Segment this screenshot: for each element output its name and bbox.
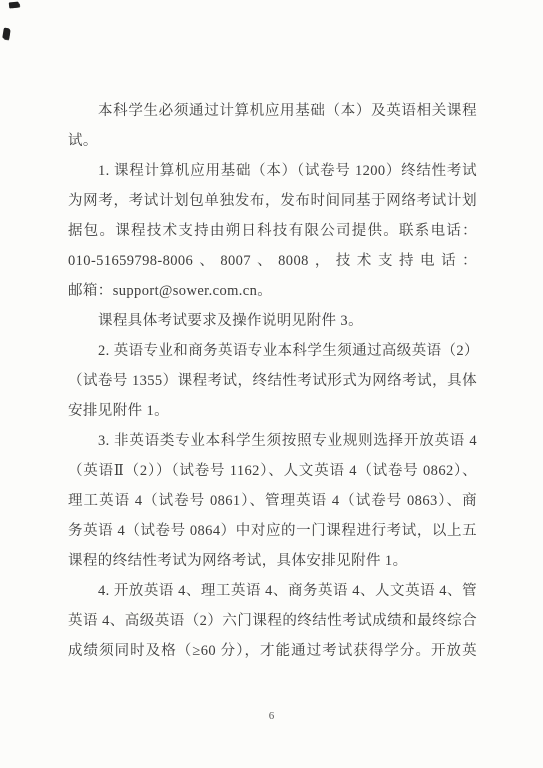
scanned-document-page: 本科学生必须通过计算机应用基础（本）及英语相关课程考试。1. 课程计算机应用基础… <box>0 0 543 768</box>
text-line: （英语Ⅱ（2））（试卷号 1162）、人文英语 4（试卷号 0862）、 <box>68 456 477 486</box>
text-line: 理工英语 4（试卷号 0861）、管理英语 4（试卷号 0863）、商 <box>68 486 477 516</box>
text-line: 成绩须同时及格（≥60 分），才能通过考试获得学分。开放英 <box>68 636 477 666</box>
text-line: 务英语 4（试卷号 0864）中对应的一门课程进行考试，以上五门 <box>68 516 477 546</box>
text-line: （试卷号 1355）课程考试，终结性考试形式为网络考试，具体 <box>68 366 477 396</box>
page-number: 6 <box>0 710 543 722</box>
text-line: 邮箱：support@sower.com.cn。 <box>68 276 477 306</box>
text-line: 2. 英语专业和商务英语专业本科学生须通过高级英语（2） <box>68 336 477 366</box>
text-line: 课程具体考试要求及操作说明见附件 3。 <box>68 306 477 336</box>
scan-ink-blot-icon <box>9 1 20 8</box>
scan-ink-blot-icon <box>2 28 11 40</box>
document-body: 本科学生必须通过计算机应用基础（本）及英语相关课程考试。1. 课程计算机应用基础… <box>68 96 477 666</box>
text-line: 本科学生必须通过计算机应用基础（本）及英语相关课程考 <box>68 96 477 126</box>
text-line: 3. 非英语类专业本科学生须按照专业规则选择开放英语 4 <box>68 426 477 456</box>
text-line: 为网考，考试计划包单独发布，发布时间同基于网络考试计划数 <box>68 186 477 216</box>
text-line: 安排见附件 1。 <box>68 396 477 426</box>
text-line: 010-51659798-8006、8007、8008，技术支持电话：40001… <box>68 246 477 276</box>
text-line: 据包。课程技术支持由朔日科技有限公司提供。联系电话： <box>68 216 477 246</box>
text-line: 英语 4、高级英语（2）六门课程的终结性考试成绩和最终综合 <box>68 606 477 636</box>
text-line: 课程的终结性考试为网络考试，具体安排见附件 1。 <box>68 546 477 576</box>
text-line: 试。 <box>68 126 477 156</box>
text-line: 1. 课程计算机应用基础（本）（试卷号 1200）终结性考试 <box>68 156 477 186</box>
text-line: 4. 开放英语 4、理工英语 4、商务英语 4、人文英语 4、管理 <box>68 576 477 606</box>
